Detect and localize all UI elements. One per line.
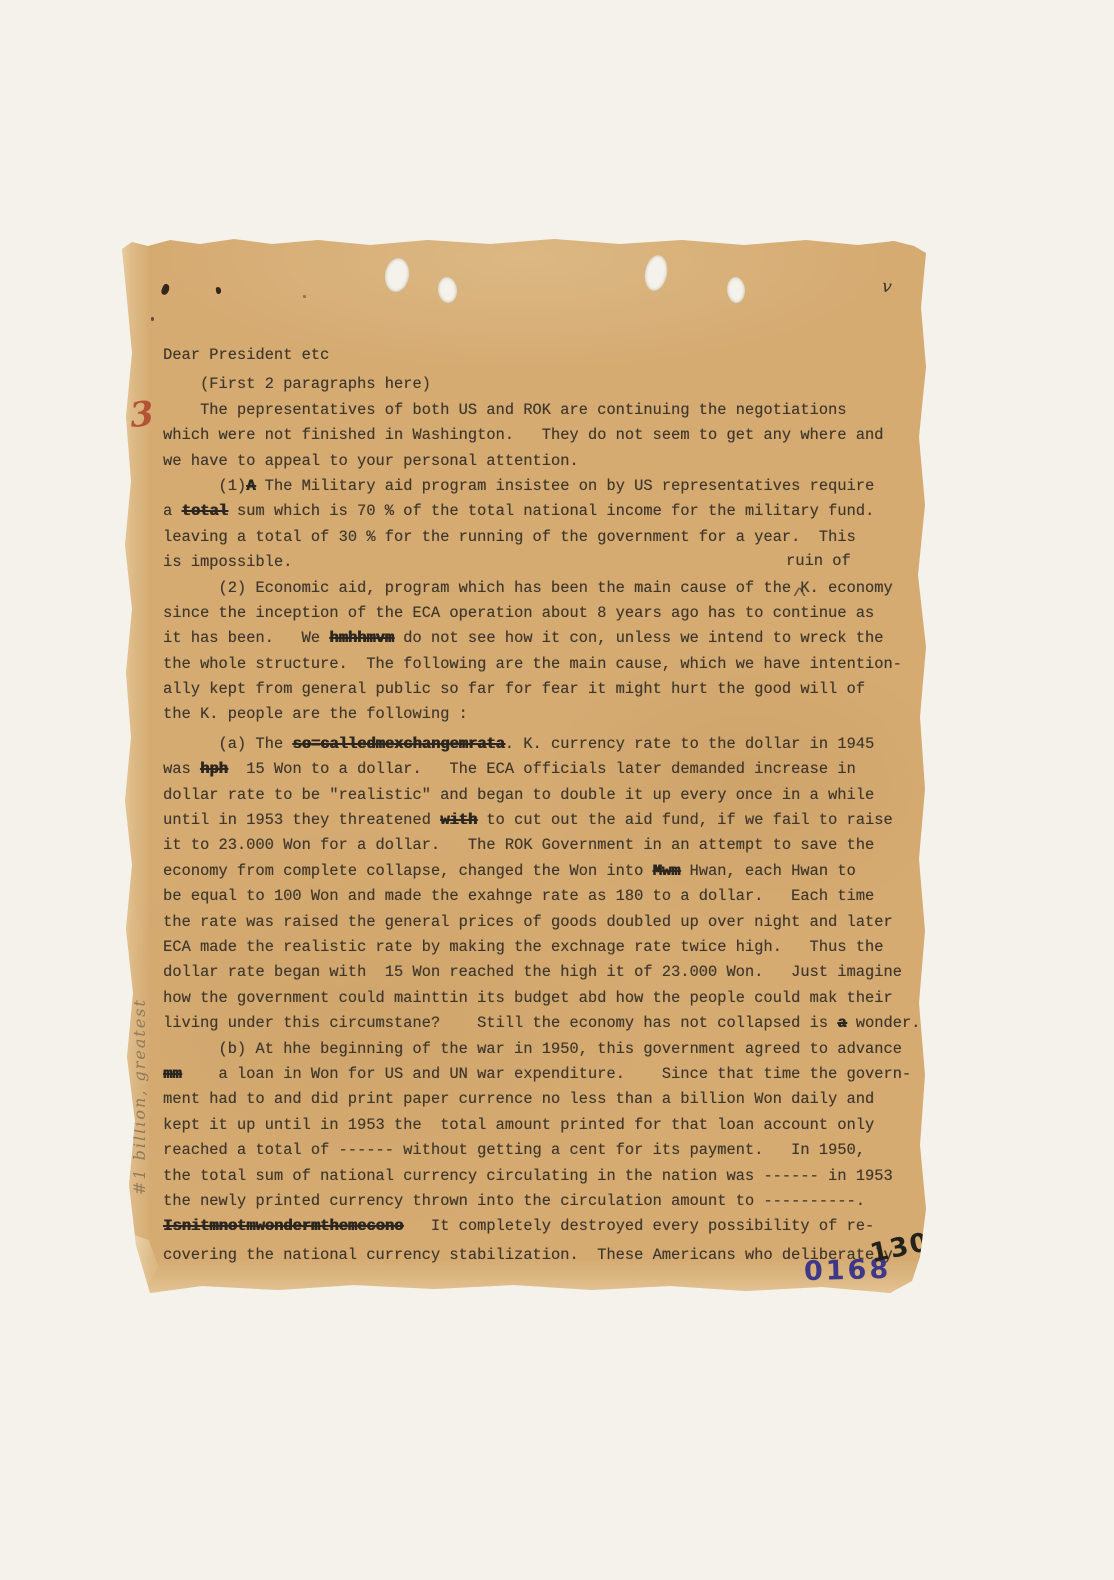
typed-text: it has been. We bbox=[163, 629, 329, 647]
letter-body: Dear President etc (First 2 paragraphs h… bbox=[163, 343, 925, 1268]
ink-speck bbox=[303, 295, 306, 298]
typed-text: wonder. bbox=[846, 1014, 920, 1032]
typed-text: was bbox=[163, 760, 200, 778]
typed-text: kept it up until in 1953 the total amoun… bbox=[163, 1116, 874, 1134]
typed-text: the newly printed currency thrown into t… bbox=[163, 1192, 865, 1210]
typed-line: economy from complete collapse, changed … bbox=[163, 859, 925, 884]
typed-text: since the inception of the ECA operation… bbox=[163, 604, 874, 622]
typed-line: (1)A The Military aid program insistee o… bbox=[163, 474, 925, 499]
typed-text: a loan in Won for US and UN war expendit… bbox=[181, 1065, 911, 1083]
typed-text: which were not finished in Washington. T… bbox=[163, 426, 883, 444]
overtyped-strikeout: A bbox=[246, 477, 255, 495]
typed-text: leaving a total of 30 % for the running … bbox=[163, 528, 856, 546]
typed-line: the rate was raised the general prices o… bbox=[163, 910, 925, 935]
typed-line: ECA made the realistic rate by making th… bbox=[163, 935, 925, 960]
punch-hole bbox=[726, 276, 746, 303]
typed-text: . K. currency rate to the dollar in 1945 bbox=[505, 735, 874, 753]
typed-text: 15 Won to a dollar. The ECA officials la… bbox=[228, 760, 856, 778]
typed-text: how the government could mainttin its bu… bbox=[163, 989, 893, 1007]
typed-line: the K. people are the following : bbox=[163, 702, 925, 727]
typed-text: the rate was raised the general prices o… bbox=[163, 913, 893, 931]
typed-line: how the government could mainttin its bu… bbox=[163, 986, 925, 1011]
typed-text: Dear President etc bbox=[163, 346, 329, 364]
overtyped-strikeout: mm bbox=[163, 1065, 181, 1083]
typed-line: it has been. We hmhhmvm do not see how i… bbox=[163, 626, 925, 651]
typed-text: dollar rate to be "realistic" and began … bbox=[163, 786, 874, 804]
paper-crease bbox=[117, 1231, 161, 1296]
typed-text: (b) At hhe beginning of the war in 1950,… bbox=[163, 1040, 902, 1058]
typed-text: Hwan, each Hwan to bbox=[680, 862, 855, 880]
typed-text: a bbox=[163, 502, 181, 520]
typed-line: the total sum of national currency circu… bbox=[163, 1164, 925, 1189]
typed-text: the whole structure. The following are t… bbox=[163, 655, 902, 673]
typed-text: do not see how it con, unless we intend … bbox=[394, 629, 884, 647]
typed-line: ment had to and did print paper currence… bbox=[163, 1087, 925, 1112]
typed-line: mm a loan in Won for US and UN war expen… bbox=[163, 1062, 925, 1087]
typed-line: until in 1953 they threatened with to cu… bbox=[163, 808, 925, 833]
typed-line: dollar rate began with 15 Won reached th… bbox=[163, 960, 925, 985]
typed-text: The Military aid program insistee on by … bbox=[255, 477, 874, 495]
typed-text: be equal to 100 Won and made the exahnge… bbox=[163, 887, 874, 905]
typed-line: the whole structure. The following are t… bbox=[163, 652, 925, 677]
overtyped-strikeout: hph bbox=[200, 760, 228, 778]
scan-background: { "colors": { "page_bg": "#f4f2ea", "pap… bbox=[0, 0, 1114, 1580]
typed-text: (1) bbox=[163, 477, 246, 495]
typed-text: economy from complete collapse, changed … bbox=[163, 862, 653, 880]
typed-text: the total sum of national currency circu… bbox=[163, 1167, 893, 1185]
typed-line: we have to appeal to your personal atten… bbox=[163, 449, 925, 474]
handwritten-margin-note: #1 billion, greatest bbox=[130, 865, 158, 1195]
typed-text: sum which is 70 % of the total national … bbox=[228, 502, 875, 520]
typed-line: was hph 15 Won to a dollar. The ECA offi… bbox=[163, 757, 925, 782]
ink-speck bbox=[160, 283, 171, 296]
typed-line: it to 23.000 Won for a dollar. The ROK G… bbox=[163, 833, 925, 858]
typed-text: ECA made the realistic rate by making th… bbox=[163, 938, 883, 956]
typed-text: (a) The bbox=[163, 735, 292, 753]
typed-line: since the inception of the ECA operation… bbox=[163, 601, 925, 626]
typed-text: until in 1953 they threatened bbox=[163, 811, 440, 829]
typed-line: living under this circumstane? Still the… bbox=[163, 1011, 925, 1036]
ink-speck bbox=[215, 287, 221, 295]
typed-line: reached a total of ------ without gettin… bbox=[163, 1138, 925, 1163]
typed-text: ally kept from general public so far for… bbox=[163, 680, 865, 698]
typed-line: Isnitmnotmwondermthemecono It completely… bbox=[163, 1214, 925, 1239]
typed-text: it to 23.000 Won for a dollar. The ROK G… bbox=[163, 836, 874, 854]
overtyped-strikeout: Isnitmnotmwondermthemecono bbox=[163, 1217, 403, 1235]
typed-line: (b) At hhe beginning of the war in 1950,… bbox=[163, 1037, 925, 1062]
typed-text: (First 2 paragraphs here) bbox=[163, 375, 431, 393]
punch-hole bbox=[642, 253, 670, 292]
handwritten-red-number: 3 bbox=[128, 394, 156, 436]
overtyped-strikeout: hmhhmvm bbox=[329, 629, 394, 647]
typed-line: (First 2 paragraphs here) bbox=[163, 372, 925, 397]
punch-hole bbox=[382, 256, 411, 293]
typed-text: we have to appeal to your personal atten… bbox=[163, 452, 579, 470]
typed-text: living under this circumstane? Still the… bbox=[163, 1014, 837, 1032]
letter-page: v 3 #1 billion, greatest ruin of ^ Dear … bbox=[122, 237, 926, 1293]
typed-text: It completely destroyed every possibilit… bbox=[403, 1217, 874, 1235]
typed-line: is impossible. bbox=[163, 550, 925, 575]
overtyped-strikeout: so=calledmexchangemrata bbox=[292, 735, 504, 753]
typed-line: leaving a total of 30 % for the running … bbox=[163, 525, 925, 550]
typed-text: The pepresentatives of both US and ROK a… bbox=[163, 401, 846, 419]
typed-text: is impossible. bbox=[163, 553, 292, 571]
typed-text: covering the national currency stabiliza… bbox=[163, 1246, 893, 1264]
typed-line: (2) Economic aid, program which has been… bbox=[163, 576, 925, 601]
overtyped-strikeout: total bbox=[181, 502, 227, 520]
typed-text: to cut out the aid fund, if we fail to r… bbox=[477, 811, 893, 829]
typed-line: which were not finished in Washington. T… bbox=[163, 423, 925, 448]
overtyped-strikeout: with bbox=[440, 811, 477, 829]
typed-line: The pepresentatives of both US and ROK a… bbox=[163, 398, 925, 423]
typed-line: (a) The so=calledmexchangemrata. K. curr… bbox=[163, 732, 925, 757]
punch-hole bbox=[436, 276, 458, 304]
handwritten-check-mark: v bbox=[881, 276, 893, 297]
typed-line: dollar rate to be "realistic" and began … bbox=[163, 783, 925, 808]
typed-text: ment had to and did print paper currence… bbox=[163, 1090, 874, 1108]
typed-line: ally kept from general public so far for… bbox=[163, 677, 925, 702]
typed-text: the K. people are the following : bbox=[163, 705, 468, 723]
typed-line: Dear President etc bbox=[163, 343, 925, 368]
typed-line: kept it up until in 1953 the total amoun… bbox=[163, 1113, 925, 1138]
typed-line: the newly printed currency thrown into t… bbox=[163, 1189, 925, 1214]
typed-line: be equal to 100 Won and made the exahnge… bbox=[163, 884, 925, 909]
typed-text: dollar rate began with 15 Won reached th… bbox=[163, 963, 902, 981]
ink-speck bbox=[151, 317, 154, 321]
typed-text: (2) Economic aid, program which has been… bbox=[163, 579, 893, 597]
overtyped-strikeout: Mwm bbox=[653, 862, 681, 880]
typed-text: reached a total of ------ without gettin… bbox=[163, 1141, 865, 1159]
typed-line: a total sum which is 70 % of the total n… bbox=[163, 499, 925, 524]
